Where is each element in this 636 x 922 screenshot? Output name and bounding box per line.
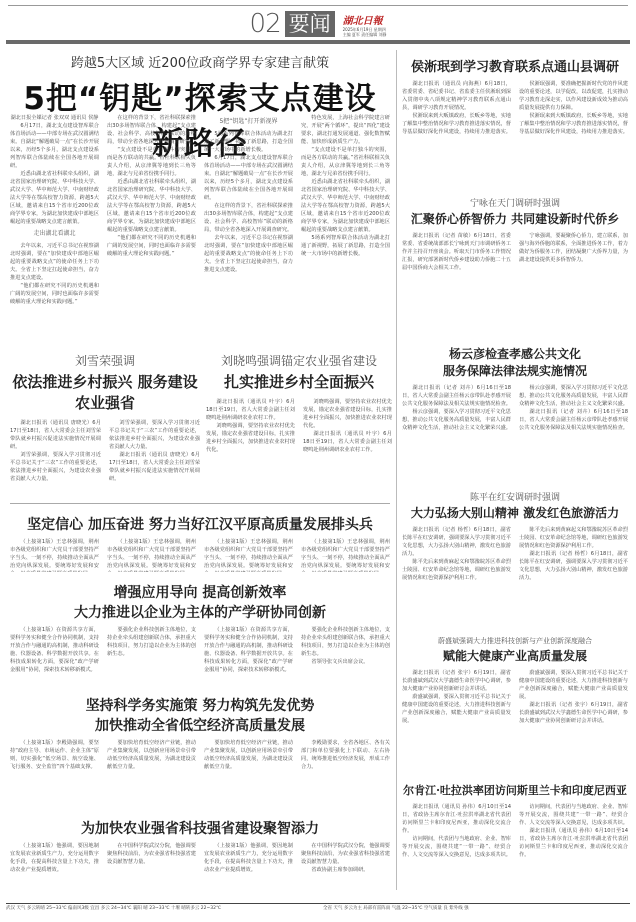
paragraph: 陈平先后来到黄麻起义和鄂豫皖苏区革命烈士陵园、红安革命纪念馆等地，调研红色旅游发… [519,526,628,550]
lead-col-2: 在这样的背景下，省社科联探索推出30多场智库联合体，构建起“支点建设、社会科学、… [107,114,196,314]
paragraph: 6月17日，湖北支点建设智库联合体首场活动——中部专场在武汉圆满结束。自湖北“解… [10,122,99,170]
paragraph: 要强化企业科技创新主体地位，支持企业牵头组建创新联合体，承担重大科技项目，努力打… [107,626,196,658]
paragraph: 湖北日报讯（通讯员 叶宇）6月18日至19日，省人大常委会副主任刘晓鸣赴荆州调研… [303,430,392,454]
paragraph: 侯淅珉来到大畈镇政府，长畈乡等地，实地了解集中整治情况和学习教育推进落实情况，督… [519,112,628,136]
paragraph: “支点建设不是单打独斗的突围，而是各方联动的共赢。”省社科联相关负责人介绍，从京… [107,146,196,178]
paragraph: 蔚盛斌强调，要深入贯彻习近平总书记关于健康中国建设的重要论述，大力推进科技创新与… [519,669,628,701]
right-article-1: 侯淅珉到学习教育联系点通山县调研 湖北日报讯（通讯员 向海燕）6月18日，省委常… [402,56,628,188]
paragraph: 湖北日报讯（通讯员 孙伟）6月10日至14日，省政协主席尔肯江·吐拉洪率湖北省代… [402,803,511,835]
paragraph: （上接第1版）王忠林强调，荆州市各级党组织和广大党员干部要坚持严字当头、一刻不停… [301,538,390,572]
paragraph: 访问期间，代表团与当地政府、企业、智库等开展交流，围绕共建“一带一路”、经贸合作… [402,835,511,859]
lead-col-4: 特色发展，上海社会科学院建言研究，开展“两个循环”，提出“四化”建设要求，湖北打… [301,114,390,314]
editors-line: 主编 夏军 责任编辑 刘静 [343,32,387,37]
paragraph: 5场系列智库联合体活动为湖北打通了新视野，拓展了新思路，打造全国统一大市场中的新… [301,234,390,258]
masthead: 02 要闻 湖北日報 2025年6月19日 星期四 主编 夏军 责任编辑 刘静 [0,8,636,40]
article-subheadline: 陈平在红安调研时强调 [402,490,628,503]
weather-footer: 武汉 天气 多云转晴 25~33℃ 偏南风3级 宜昌 多云 24~34℃ 襄阳 … [6,906,630,912]
article-headline: 为加快农业强省科技强省建设聚智添力 [10,818,390,838]
article-subheadline: 刘雪荣强调 [10,352,200,369]
paragraph: 湖北日报讯（记者 张宇）6月19日，副省长蔚盛斌到武汉大学鑫德生命医学中心调研，… [519,701,628,725]
paragraph: 在中国科学院武汉分院，他强调要聚焦科技前沿，为农业强省科技强省建设贡献智慧力量。 [301,842,390,866]
footer-rule [6,903,630,904]
column-divider [396,50,397,890]
article-headline-line-2: 服务保障法律法规实施情况 [402,362,628,379]
paragraph: “他们都在研究不同的历史机遇和广阔的发展空间，同时也面临许多需要破解的重大理论和… [107,234,196,258]
paragraph: 湖北日报讯（记者 张宇）6月19日，副省长蔚盛斌到武汉大学鑫德生命医学中心调研，… [402,669,511,693]
section-label: 要闻 [285,11,335,37]
paragraph: 访问期间，代表团与当地政府、企业、智库等开展交流，围绕共建“一带一路”、经贸合作… [519,803,628,827]
bottom-article-3: 坚持科学务实施策 努力构筑先发优势 加快推动全省低空经济高质量发展 （上接第1版… [10,695,390,809]
article-headline-line-2: 加快推动全省低空经济高质量发展 [10,715,390,735]
article-headline: 依法推进乡村振兴 服务建设农业强省 [10,371,200,413]
paragraph: 去年以来，习近平总书记在视察湖北时强调，要在“加快建成中部地区崛起的重要战略支点… [204,234,293,274]
paragraph: 湖北日报讯（记者 苗敏）6月18日，省委常委、省委统战部部长宁咏到天门市调研侨务… [402,232,511,272]
paragraph: 侯淅珉强调，要准确把握新时代党的作风建设的重要论述，以学促改，以改促建，扎实推动… [519,80,628,112]
paragraph: （上接第1版）在资源共享方面，要科学务实和健全合作协同机制，支持开放合作与融通的… [10,626,99,674]
paragraph: 湖北日报讯（记者 杨哲）6月18日，副省长陈平在红安调研，强调要深入学习贯彻习近… [519,550,628,582]
paragraph: 湖北日报讯（通讯员 孙伟）6月10日至14日，省政协主席尔肯江·吐拉洪率湖北省代… [519,827,628,859]
paragraph: 刘雪荣强调，要深入学习贯彻习近平总书记关于“三农”工作的重要论述，依法推进乡村全… [10,451,101,483]
paragraph: 侯淅珉来到大畈镇政府，长畈乡等地，实地了解集中整治情况和学习教育推进落实情况，督… [402,112,511,136]
paragraph: （上接第1版）李殿勋强调，要坚持“政府主导、市场运作、企业主体”原则，切实强化“… [10,739,99,771]
article-headline-line-2: 大力推进以企业为主体的产学研协同创新 [10,602,390,622]
paragraph: 省政协副主席参加调研。 [301,866,390,874]
right-article-6: 尔肯江·吐拉洪率团访问斯里兰卡和印度尼西亚 湖北日报讯（通讯员 孙伟）6月10日… [402,782,628,907]
paragraph: 杨云彦强调，要深入学习贯彻习近平文化思想，推动公共文化服务高质量发展，丰富人民群… [402,408,511,432]
paragraph: 在这样的背景下，省社科联探索推出30多场智库联合体，构建起“支点建设、社会科学、… [204,202,293,234]
paragraph: 宁咏强调，要凝聚侨心侨力，建立联系，加强与海外侨胞的联系，全面推进侨务工作，着力… [519,232,628,264]
right-article-3: 杨云彦检查孝感公共文化 服务保障法律法规实施情况 湖北日报讯（记者 刘卉）6月1… [402,345,628,468]
right-article-2: 宁咏在天门调研时强调 汇聚侨心侨智侨力 共同建设新时代侨乡 湖北日报讯（记者 苗… [402,196,628,320]
paragraph: “他们都在研究不同的历史机遇和广阔的发展空间，同时也面临许多需要破解的重大理论和… [10,282,99,306]
paragraph: 杨云彦强调，要深入学习贯彻习近平文化思想，推动公共文化服务高质量发展，丰富人民群… [519,384,628,408]
bottom-article-4: 为加快农业强省科技强省建设聚智添力 （上接第1版）他强调，要因地制宜发展农业新质… [10,818,390,898]
paragraph: 刘晓鸣强调，要坚持农业农村优先发展，锚定农业强省建设目标，扎实推进乡村全面振兴，… [206,422,295,454]
subhead: 走出湖北看湖北 [10,230,99,238]
article-headline-line-1: 增强应用导向 提高创新效率 [10,582,390,602]
right-article-5: 蔚盛斌强调大力推进科技创新与产业创新深度融合 赋能大健康产业高质量发展 湖北日报… [402,636,628,773]
article-subheadline: 刘晓鸣强调锚定农业强省建设 [206,352,392,369]
paper-logo: 湖北日報 [343,12,387,27]
article-headline: 尔肯江·吐拉洪率团访问斯里兰卡和印度尼西亚 [402,782,628,798]
paragraph: （上接第1版）王忠林强调，荆州市各级党组织和广大党员干部要坚持严字当头、一刻不停… [10,538,99,572]
masthead-rule [6,40,630,44]
paragraph: 要加快培育低空经济产业链，推动产业集聚发展，以创新应用场景牵引带动低空经济高质量… [204,739,293,771]
paragraph: （上接第1版）他强调，要因地制宜发展农业新质生产力，充分运用数字化手段，在提高科… [204,842,293,874]
article-headline: 汇聚侨心侨智侨力 共同建设新时代侨乡 [402,210,628,227]
paragraph: 湖北日报讯（通讯员 唐晓光）6月17日至18日，省人大常委会主任刘雪荣带队就乡村… [109,451,200,483]
paragraph: 省领导张文兵出席会议。 [301,658,390,666]
paragraph: 刘雪荣强调，要深入学习贯彻习近平总书记关于“三农”工作的重要论述，依法推进乡村全… [109,419,200,451]
paragraph: “支点建设不是单打独斗的突围，而是各方联动的共赢。”省社科联相关负责人介绍，从京… [301,146,390,178]
footer-right: 全省 天气 多云为主 局部有雷阵雨 气温 22~35℃ 空气质量 良 紫外线 强 [323,906,630,912]
paragraph: （上接第1版）在资源共享方面，要科学务实和健全合作协同机制，支持开放合作与融通的… [204,626,293,674]
article-headline: 扎实推进乡村全面振兴 [206,371,392,392]
mid-article-2: 刘晓鸣强调锚定农业强省建设 扎实推进乡村全面振兴 湖北日报讯（通讯员 叶宇）6月… [206,352,392,513]
paragraph: 去年以来，习近平总书记在视察湖北时强调，要在“加快建成中部地区崛起的重要战略支点… [10,242,99,282]
paragraph: （上接第1版）王忠林强调，荆州市各级党组织和广大党员干部要坚持严字当头、一刻不停… [204,538,293,572]
paragraph: 湖北日报讯（记者 杨哲）6月18日，副省长陈平在红安调研，强调要深入学习贯彻习近… [402,526,511,558]
paragraph: 要强化企业科技创新主体地位，支持企业牵头组建创新联合体，承担重大科技项目，努力打… [301,626,390,658]
article-headline-line-1: 杨云彦检查孝感公共文化 [402,345,628,362]
lead-kicker: 跨越5大区域 近200位政商学界专家建言献策 [10,52,390,71]
lead-col-1: 湖北日报全媒记者 张双双 通讯员 侯静 6月17日，湖北支点建设智库联合体首场活… [10,114,99,314]
paragraph: 5场系列智库联合体活动为湖北打通了新视野，拓展了新思路，打造全国统一大市场中的新… [204,130,293,154]
right-article-4: 陈平在红安调研时强调 大力弘扬大别山精神 激发红色旅游活力 湖北日报讯（记者 杨… [402,490,628,624]
article-headline: 坚定信心 加压奋进 努力当好江汉平原高质量发展排头兵 [10,514,390,534]
section-rule [10,503,390,504]
paragraph: （上接第1版）王忠林强调，荆州市各级党组织和广大党员干部要坚持严字当头、一刻不停… [107,538,196,572]
article-headline-line-1: 坚持科学务实施策 努力构筑先发优势 [10,695,390,715]
paragraph: 陈平先后来到黄麻起义和鄂豫皖苏区革命烈士陵园、红安革命纪念馆等地，调研红色旅游发… [402,558,511,582]
paragraph: 近悉由湖北省社科联牵头组织，湖北省国家治理研究院、华中科技大学、武汉大学、华中师… [10,170,99,226]
paragraph: 在中国科学院武汉分院，他强调要聚焦科技前沿，为农业强省科技强省建设贡献智慧力量。 [107,842,196,866]
paragraph: 近悉由湖北省社科联牵头组织，湖北省国家治理研究院、华中科技大学、武汉大学、华中师… [301,178,390,234]
paragraph: 湖北日报讯（记者 刘卉）6月16日至18日，省人大常委会副主任杨云彦带队赴孝感开… [519,408,628,432]
bottom-article-1: 坚定信心 加压奋进 努力当好江汉平原高质量发展排头兵 （上接第1版）王忠林强调，… [10,514,390,572]
top-rule [8,5,628,6]
paragraph: 在这样的背景下，省社科联探索推出30多场智库联合体，构建起“支点建设、社会科学、… [107,114,196,146]
paragraph: （上接第1版）他强调，要因地制宜发展农业新质生产力，充分运用数字化手段，在提高科… [10,842,99,874]
paper-info: 湖北日報 2025年6月19日 星期四 主编 夏军 责任编辑 刘静 [343,12,387,37]
paragraph: 特色发展，上海社会科学院建言研究，开展“两个循环”，提出“四化”建设要求，湖北打… [301,114,390,146]
paragraph: 湖北日报讯（记者 刘卉）6月16日至18日，省人大常委会副主任杨云彦带队赴孝感开… [402,384,511,408]
paragraph: 蔚盛斌强调，要深入贯彻习近平总书记关于健康中国建设的重要论述，大力推进科技创新与… [402,693,511,725]
article-headline: 赋能大健康产业高质量发展 [402,647,628,664]
paragraph: 6月17日，湖北支点建设智库联合体首场活动——中部专场在武汉圆满结束。自湖北“解… [204,154,293,202]
article-headline: 大力弘扬大别山精神 激发红色旅游活力 [402,504,628,521]
paragraph: 近悉由湖北省社科联牵头组织，湖北省国家治理研究院、华中科技大学、武汉大学、华中师… [107,178,196,234]
lead-body: 湖北日报全媒记者 张双双 通讯员 侯静 6月17日，湖北支点建设智库联合体首场活… [10,114,390,314]
paragraph: 湖北日报讯（通讯员 叶宇）6月18日至19日，省人大常委会副主任刘晓鸣赴荆州调研… [206,398,295,422]
paragraph: 刘晓鸣强调，要坚持农业农村优先发展，锚定农业强省建设目标，扎实推进乡村全面振兴，… [303,398,392,430]
article-subheadline: 蔚盛斌强调大力推进科技创新与产业创新深度融合 [402,636,628,646]
paragraph: 湖北日报讯（通讯员 向海燕）6月18日，省委常委、省纪委书记、省监委主任侯淅珉到… [402,80,511,112]
byline: 湖北日报全媒记者 张双双 通讯员 侯静 [10,114,99,122]
subhead: 5把“钥匙”打开新视界 [204,118,293,126]
lead-col-3: 5把“钥匙”打开新视界 5场系列智库联合体活动为湖北打通了新视野，拓展了新思路，… [204,114,293,314]
page-number: 02 [250,9,281,39]
paragraph: 李殿勋要求，全省各地区、各有关部门和单位要强化上下联动、左右协同，统筹推进低空经… [301,739,390,771]
bottom-article-2: 增强应用导向 提高创新效率 大力推进以企业为主体的产学研协同创新 （上接第1版）… [10,582,390,688]
footer-left: 武汉 天气 多云转晴 25~33℃ 偏南风3级 宜昌 多云 24~34℃ 襄阳 … [6,906,313,912]
paragraph: 要加快培育低空经济产业链，推动产业集聚发展，以创新应用场景牵引带动低空经济高质量… [107,739,196,771]
mid-article-1: 刘雪荣强调 依法推进乡村振兴 服务建设农业强省 湖北日报讯（通讯员 唐晓光）6月… [10,352,200,534]
article-headline: 侯淅珉到学习教育联系点通山县调研 [402,56,628,75]
article-subheadline: 宁咏在天门调研时强调 [402,196,628,209]
paragraph: 湖北日报讯（通讯员 唐晓光）6月17日至18日，省人大常委会主任刘雪荣带队就乡村… [10,419,101,451]
